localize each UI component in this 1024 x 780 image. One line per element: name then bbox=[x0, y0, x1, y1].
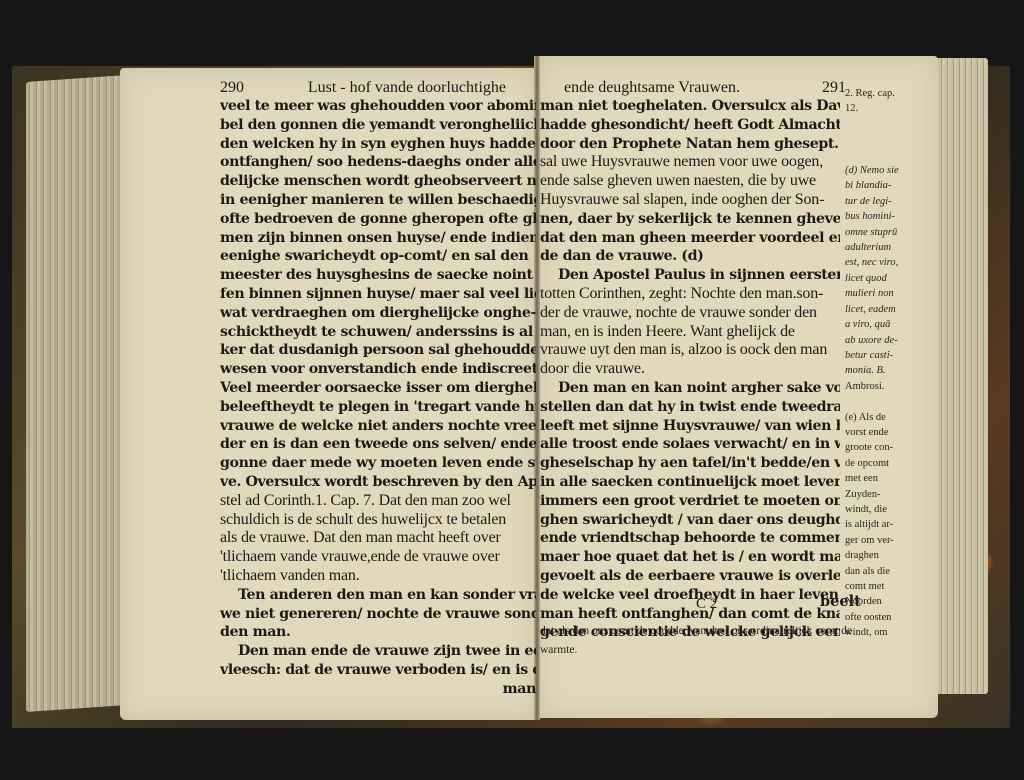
text-line: den welcken hy in syn eyghen huys hadde bbox=[220, 135, 536, 154]
text-line: fen binnen sijnnen huyse/ maer sal veel … bbox=[220, 285, 536, 304]
text-line: 'tlichaem vande vrauwe,ende de vrauwe ov… bbox=[220, 548, 536, 567]
margin-note-line: draghen bbox=[845, 548, 925, 563]
text-line: schicktheydt te schuwen/ anderssins is a… bbox=[220, 323, 536, 342]
left-running-head: Lust - hof vande doorluchtighe bbox=[308, 79, 506, 97]
margin-note-line: bus homini- bbox=[845, 209, 925, 224]
right-page-block-edge bbox=[932, 58, 988, 694]
left-page-text: 290 Lust - hof vande doorluchtighe veel … bbox=[220, 79, 536, 699]
text-line: gonne daer mede wy moeten leven ende ste… bbox=[220, 454, 536, 473]
text-line: ende vriendtschap behoorde te commen/ (e… bbox=[540, 529, 840, 548]
text-line: immers een groot verdriet te moeten ontf… bbox=[540, 492, 840, 511]
text-line: ker dat dusdanigh persoon sal ghehoudden bbox=[220, 341, 536, 360]
text-line: in alle saecken continuelijck moet leven… bbox=[540, 473, 840, 492]
text-line: Den Apostel Paulus in sijnnen eersten br… bbox=[540, 266, 840, 285]
text-line: der de vrauwe, nochte de vrauwe sonder d… bbox=[540, 304, 840, 323]
text-line: den man. bbox=[220, 623, 536, 642]
left-catchword: man bbox=[220, 680, 536, 699]
margin-note-line bbox=[845, 117, 925, 132]
margin-note-line: dan als die bbox=[845, 564, 925, 579]
text-line: man heeft ontfanghen/ dan comt de knae- bbox=[540, 605, 840, 624]
text-line: Huysvrauwe sal slapen, inde ooghen der S… bbox=[540, 191, 840, 210]
margin-note-line: licet quod bbox=[845, 271, 925, 286]
margin-note-line: Ambrosi. bbox=[845, 379, 925, 394]
margin-note-line: monia. B. bbox=[845, 363, 925, 378]
margin-note-line: a viro, quā bbox=[845, 317, 925, 332]
right-page-number: 291 bbox=[822, 79, 846, 97]
text-line: Ten anderen den man en kan sonder vrau- bbox=[220, 586, 536, 605]
text-line: 'tlichaem vanden man. bbox=[220, 567, 536, 586]
text-line: schuldich is de schult des huwelijcx te … bbox=[220, 511, 536, 530]
text-line: beleeftheydt te plegen in 'tregart vande… bbox=[220, 398, 536, 417]
margin-note-line: 2. Reg. cap. bbox=[845, 86, 925, 101]
text-line: ve. Oversulcx wordt beschreven by den Ap… bbox=[220, 473, 536, 492]
text-line: we niet genereren/ nochte de vrauwe sond… bbox=[220, 605, 536, 624]
text-line: ofte bedroeven de gonne gheropen ofte gh… bbox=[220, 210, 536, 229]
margin-note-line: Noorden bbox=[845, 594, 925, 609]
margin-note-line: omne stuprū bbox=[845, 225, 925, 240]
right-page-header: ende deughtsame Vrauwen. 291 bbox=[540, 79, 840, 97]
margin-note-line: ger om ver- bbox=[845, 533, 925, 548]
text-line: ontfanghen/ soo hedens-daeghs onder alle… bbox=[220, 153, 536, 172]
margin-note-line: est, nec viro, bbox=[845, 255, 925, 270]
text-line: vleesch: dat de vrauwe verboden is/ en i… bbox=[220, 661, 536, 680]
margin-note-line: windt, om bbox=[845, 625, 925, 640]
text-line: leeft met sijnne Huysvrauwe/ van wien hy bbox=[540, 417, 840, 436]
margin-note-line: adulterium bbox=[845, 240, 925, 255]
text-line: dat den man gheen meerder voordeel en ha… bbox=[540, 229, 840, 248]
signature-mark: C 2 bbox=[696, 596, 717, 613]
text-line: stel ad Corinth.1. Cap. 7. Dat den man z… bbox=[220, 492, 536, 511]
text-line: ghen swaricheydt / van daer ons deughdt bbox=[540, 511, 840, 530]
text-line: Den man en kan noint argher sake voort- bbox=[540, 379, 840, 398]
margin-note-line: de opcomt bbox=[845, 456, 925, 471]
text-line: in eenigher manieren te willen beschaedi… bbox=[220, 191, 536, 210]
text-line: sal uwe Huysvrauwe nemen voor uwe oogen, bbox=[540, 153, 840, 172]
left-page-header: 290 Lust - hof vande doorluchtighe bbox=[220, 79, 536, 97]
text-line: als de vrauwe. Dat den man macht heeft o… bbox=[220, 529, 536, 548]
margin-note-line: windt, die bbox=[845, 502, 925, 517]
text-line: vrauwe de welcke niet anders nochte vree… bbox=[220, 417, 536, 436]
margin-note-line: mulieri non bbox=[845, 286, 925, 301]
footnote-line: dat als dan ons comt de coudde, van daer… bbox=[540, 622, 852, 641]
text-line: alle troost ende solaes verwacht/ en in … bbox=[540, 435, 840, 454]
margin-note-line: ofte oosten bbox=[845, 610, 925, 625]
text-line: de welcke veel droefheydt in haer leven … bbox=[540, 586, 840, 605]
margin-note-line: met een bbox=[845, 471, 925, 486]
text-line: door die vrauwe. bbox=[540, 360, 840, 379]
margin-note-line: licet, eadem bbox=[845, 302, 925, 317]
text-line: eenighe swaricheydt op-comt/ en sal den bbox=[220, 247, 536, 266]
margin-note-line: bi blandia- bbox=[845, 178, 925, 193]
margin-note-line: groote con- bbox=[845, 440, 925, 455]
text-line: vrauwe uyt den man is, alzoo is oock den… bbox=[540, 341, 840, 360]
text-line: gevoelt als de eerbaere vrauwe is overle… bbox=[540, 567, 840, 586]
text-line: Veel meerder oorsaecke isser om dierghel… bbox=[220, 379, 536, 398]
text-line: maer hoe quaet dat het is / en wordt mae… bbox=[540, 548, 840, 567]
text-line: door den Prophete Natan hem ghesept. Ick bbox=[540, 135, 840, 154]
text-line: nen, daer by sekerlijck te kennen gheven… bbox=[540, 210, 840, 229]
text-line: men zijn binnen onsen huyse/ ende indien… bbox=[220, 229, 536, 248]
margin-note-line: comt met bbox=[845, 579, 925, 594]
margin-note-line: betur casti- bbox=[845, 348, 925, 363]
text-line: bel den gonnen die yemandt verongheliick… bbox=[220, 116, 536, 135]
margin-note-line: ab uxore de- bbox=[845, 333, 925, 348]
text-line: gheselschap hy aen tafel/in't bedde/en v… bbox=[540, 454, 840, 473]
left-page-number: 290 bbox=[220, 79, 244, 97]
text-line: de dan de vrauwe. (d) bbox=[540, 247, 840, 266]
margin-note-line bbox=[845, 394, 925, 409]
margin-notes: 2. Reg. cap. 12. (d) Nemo sie bi blandia… bbox=[845, 86, 925, 641]
right-page-text: ende deughtsame Vrauwen. 291 man niet to… bbox=[540, 79, 840, 642]
margin-note-line: is altijdt ar- bbox=[845, 517, 925, 532]
text-line: man niet toeghelaten. Oversulcx als Davi… bbox=[540, 97, 840, 116]
margin-note-line: 12. bbox=[845, 101, 925, 116]
footnote-line: warmte. bbox=[540, 641, 852, 660]
text-line: totten Corinthen, zeght: Nochte den man.… bbox=[540, 285, 840, 304]
margin-note-line: vorst ende bbox=[845, 425, 925, 440]
text-line: stellen dan dat hy in twist ende tweedra… bbox=[540, 398, 840, 417]
text-line: ende salse gheven uwen naesten, die by u… bbox=[540, 172, 840, 191]
text-line: meester des huysghesins de saecke noint … bbox=[220, 266, 536, 285]
text-line: man, en is inden Heere. Want ghelijck de bbox=[540, 323, 840, 342]
margin-note-line: Zuyden- bbox=[845, 487, 925, 502]
text-line: hadde ghesondicht/ heeft Godt Almachtich bbox=[540, 116, 840, 135]
margin-note-line bbox=[845, 148, 925, 163]
text-line: wesen voor onverstandich ende indiscreet… bbox=[220, 360, 536, 379]
text-line: Den man ende de vrauwe zijn twee in een bbox=[220, 642, 536, 661]
footnote: dat als dan ons comt de coudde, van daer… bbox=[540, 622, 852, 660]
text-line: wat verdraeghen om dierghelijcke onghe- bbox=[220, 304, 536, 323]
left-page-block-edge bbox=[26, 75, 126, 712]
margin-note-line: (d) Nemo sie bbox=[845, 163, 925, 178]
text-line: delijcke menschen wordt gheobserveert no… bbox=[220, 172, 536, 191]
right-running-head: ende deughtsame Vrauwen. bbox=[564, 79, 740, 97]
text-line: der en is dan een tweede ons selven/ end… bbox=[220, 435, 536, 454]
text-line: veel te meer was ghehoudden voor abomina… bbox=[220, 97, 536, 116]
margin-note-line: (e) Als de bbox=[845, 410, 925, 425]
margin-note-line bbox=[845, 132, 925, 147]
margin-note-line: tur de legi- bbox=[845, 194, 925, 209]
